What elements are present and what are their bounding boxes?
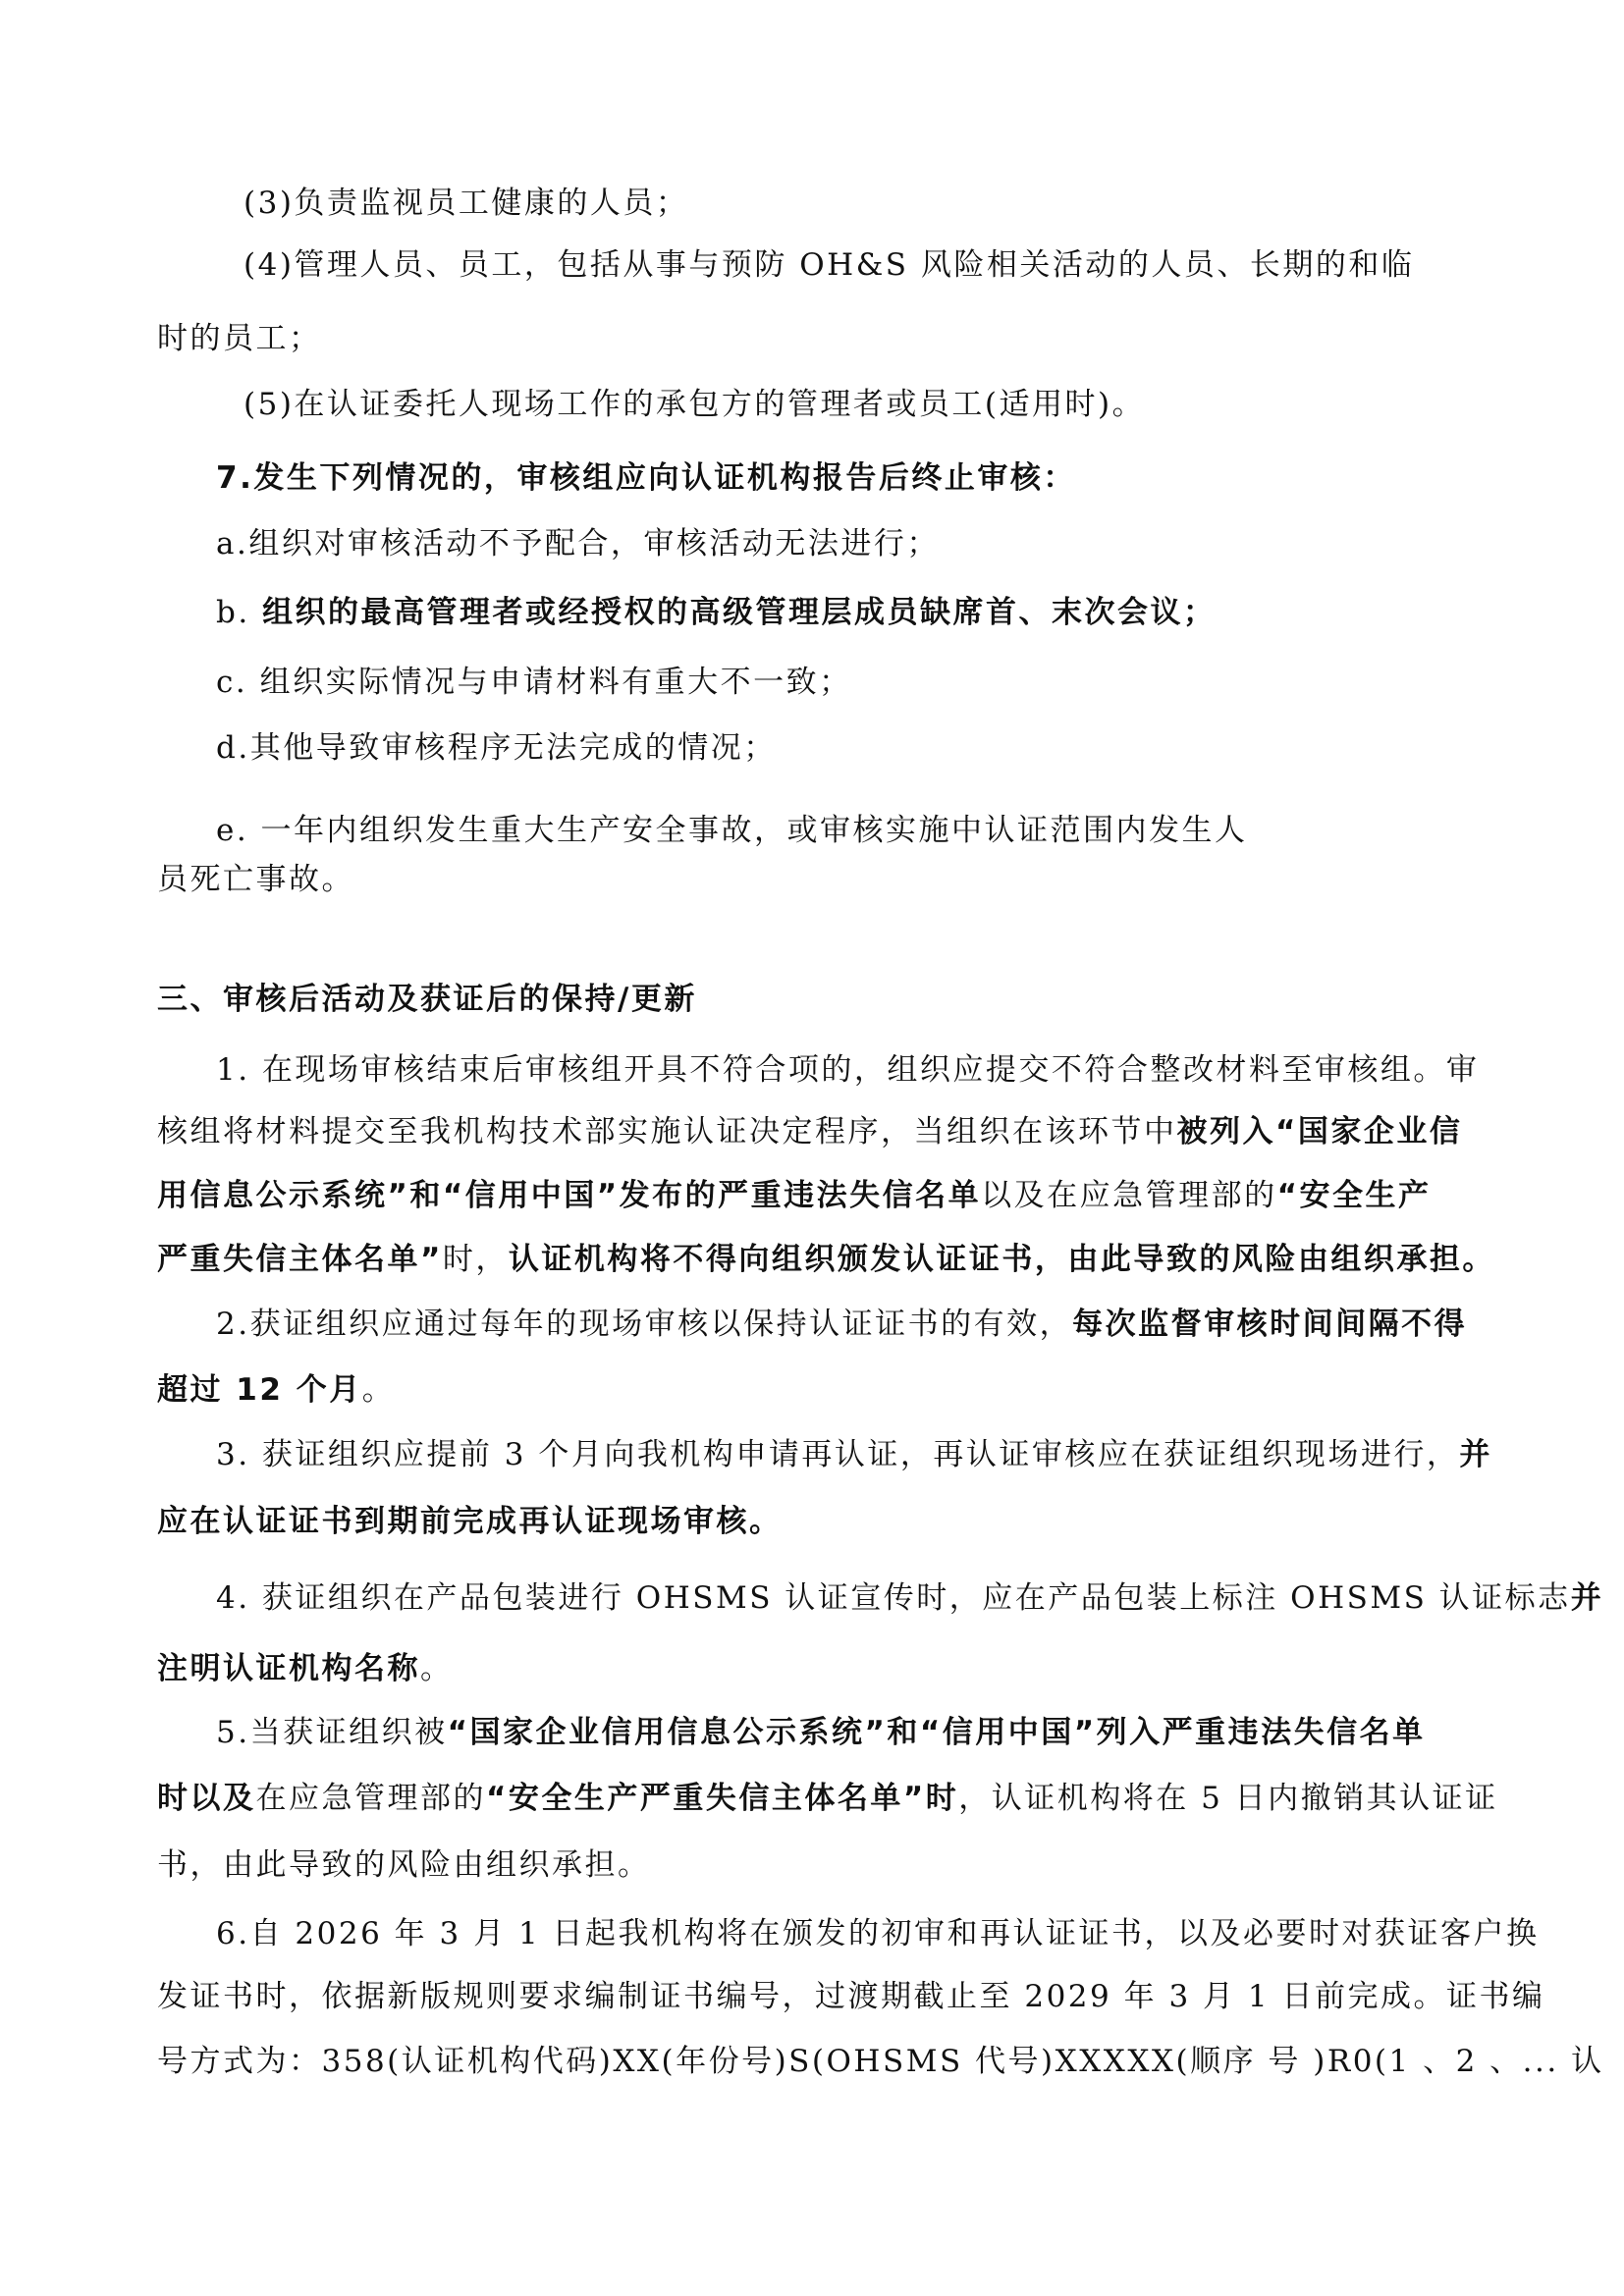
text-line: 严重失信主体名单”时，认证机构将不得向组织颁发认证证书，由此导致的风险由组织承担… (157, 1240, 1495, 1279)
text-line: 注明认证机构名称。 (157, 1649, 454, 1688)
body-text: 书，由此导致的风险由组织承担。 (157, 1847, 651, 1883)
bold-text: 并 (1459, 1437, 1492, 1472)
bold-text: 每次监督审核时间间隔不得 (1072, 1307, 1467, 1342)
text-line: (3)负责监视员工健康的人员； (244, 184, 688, 223)
body-text: (5)在认证委托人现场工作的承包方的管理者或员工(适用时)。 (244, 387, 1145, 422)
text-line: d.其他导致审核程序无法完成的情况； (216, 728, 777, 768)
text-line: 5.当获证组织被“国家企业信用信息公示系统”和“信用中国”列入严重违法失信名单 (216, 1713, 1426, 1752)
body-text: 6.自 2026 年 3 月 1 日起我机构将在颁发的初审和再认证证书，以及必要… (216, 1916, 1540, 1951)
body-text: 号方式为：358(认证机构代码)XX(年份号)S(OHSMS 代号)XXXXX(… (157, 2044, 1604, 2079)
body-text: (3)负责监视员工健康的人员； (244, 186, 688, 221)
body-text: 1. 在现场审核结束后审核组开具不符合项的，组织应提交不符合整改材料至审核组。审 (216, 1052, 1479, 1088)
text-line: a.组织对审核活动不予配合，审核活动无法进行； (216, 524, 940, 563)
text-line: 员死亡事故。 (157, 860, 354, 899)
body-text: a.组织对审核活动不予配合，审核活动无法进行； (216, 526, 940, 561)
body-text: 5.当获证组织被 (216, 1715, 448, 1750)
text-line: 应在认证证书到期前完成再认证现场审核。 (157, 1502, 783, 1541)
text-line: b. 组织的最高管理者或经授权的高级管理层成员缺席首、末次会议； (216, 593, 1217, 632)
body-text: 3. 获证组织应提前 3 个月向我机构申请再认证，再认证审核应在获证组织现场进行… (216, 1437, 1459, 1472)
text-line: 7.发生下列情况的，审核组应向认证机构报告后终止审核： (216, 458, 1076, 498)
body-text: 以及在应急管理部的 (981, 1178, 1277, 1213)
text-line: c. 组织实际情况与申请材料有重大不一致； (216, 663, 852, 702)
text-line: 核组将材料提交至我机构技术部实施认证决定程序，当组织在该环节中被列入“国家企业信 (157, 1112, 1462, 1151)
bold-text: 被列入“国家企业信 (1177, 1114, 1463, 1149)
bold-text: 应在认证证书到期前完成再认证现场审核。 (157, 1504, 783, 1539)
bold-text: 注明认证机构名称 (157, 1651, 420, 1686)
body-text: 发证书时，依据新版规则要求编制证书编号，过渡期截止至 2029 年 3 月 1 … (157, 1979, 1544, 2014)
body-text: 在应急管理部的 (256, 1781, 487, 1816)
body-text: (4)管理人员、员工，包括从事与预防 OH&S 风险相关活动的人员、长期的和临 (244, 247, 1414, 283)
body-text: 员死亡事故。 (157, 862, 354, 897)
body-text: d.其他导致审核程序无法完成的情况； (216, 730, 777, 766)
body-text: 核组将材料提交至我机构技术部实施认证决定程序，当组织在该环节中 (157, 1114, 1177, 1149)
body-text: 2.获证组织应通过每年的现场审核以保持认证证书的有效， (216, 1307, 1072, 1342)
bold-text: 三、审核后活动及获证后的保持/更新 (157, 982, 697, 1017)
body-text: 时， (443, 1242, 509, 1277)
text-line: 用信息公示系统”和“信用中国”发布的严重违法失信名单以及在应急管理部的“安全生产 (157, 1176, 1432, 1215)
bold-text: 认证机构将不得向组织颁发认证证书，由此导致的风险由组织承担。 (509, 1242, 1495, 1277)
body-text: 。 (420, 1651, 454, 1686)
text-line: 时以及在应急管理部的“安全生产严重失信主体名单”时，认证机构将在 5 日内撤销其… (157, 1779, 1498, 1818)
body-text: ，认证机构将在 5 日内撤销其认证证 (958, 1781, 1497, 1816)
text-line: 4. 获证组织在产品包装进行 OHSMS 认证宣传时，应在产品包装上标注 OHS… (216, 1578, 1603, 1618)
bold-text: “安全生产严重失信主体名单”时 (486, 1781, 958, 1816)
bold-text: 并 (1571, 1580, 1604, 1616)
bold-text: 组织的最高管理者或经授权的高级管理层成员缺席首、末次会议； (262, 595, 1217, 630)
body-text: e. 一年内组织发生重大生产安全事故，或审核实施中认证范围内发生人 (216, 813, 1248, 848)
bold-text: 7.发生下列情况的，审核组应向认证机构报告后终止审核： (216, 460, 1076, 496)
text-line: 3. 获证组织应提前 3 个月向我机构申请再认证，再认证审核应在获证组织现场进行… (216, 1435, 1492, 1474)
text-line: 书，由此导致的风险由组织承担。 (157, 1845, 651, 1885)
bold-text: 用信息公示系统”和“信用中国”发布的严重违法失信名单 (157, 1178, 981, 1213)
text-line: 2.获证组织应通过每年的现场审核以保持认证证书的有效，每次监督审核时间间隔不得 (216, 1305, 1467, 1344)
text-line: 6.自 2026 年 3 月 1 日起我机构将在颁发的初审和再认证证书，以及必要… (216, 1914, 1540, 1953)
body-text: 时的员工； (157, 321, 322, 356)
text-line: (4)管理人员、员工，包括从事与预防 OH&S 风险相关活动的人员、长期的和临 (244, 245, 1414, 285)
bold-text: “国家企业信用信息公示系统”和“信用中国”列入严重违法失信名单 (448, 1715, 1426, 1750)
text-line: 号方式为：358(认证机构代码)XX(年份号)S(OHSMS 代号)XXXXX(… (157, 2042, 1604, 2081)
text-line: 时的员工； (157, 319, 322, 358)
text-line: (5)在认证委托人现场工作的承包方的管理者或员工(适用时)。 (244, 385, 1145, 424)
bold-text: 严重失信主体名单” (157, 1242, 443, 1277)
body-text: 。 (362, 1372, 396, 1408)
bold-text: 超过 12 个月 (157, 1372, 362, 1408)
text-line: e. 一年内组织发生重大生产安全事故，或审核实施中认证范围内发生人 (216, 811, 1248, 850)
text-line: 超过 12 个月。 (157, 1370, 395, 1410)
text-line: 三、审核后活动及获证后的保持/更新 (157, 980, 697, 1019)
text-line: 1. 在现场审核结束后审核组开具不符合项的，组织应提交不符合整改材料至审核组。审 (216, 1050, 1479, 1090)
body-text: 4. 获证组织在产品包装进行 OHSMS 认证宣传时，应在产品包装上标注 OHS… (216, 1580, 1571, 1616)
body-text: c. 组织实际情况与申请材料有重大不一致； (216, 665, 852, 700)
bold-text: “安全生产 (1277, 1178, 1432, 1213)
text-line: 发证书时，依据新版规则要求编制证书编号，过渡期截止至 2029 年 3 月 1 … (157, 1977, 1544, 2016)
body-text: b. (216, 595, 262, 630)
bold-text: 时以及 (157, 1781, 256, 1816)
